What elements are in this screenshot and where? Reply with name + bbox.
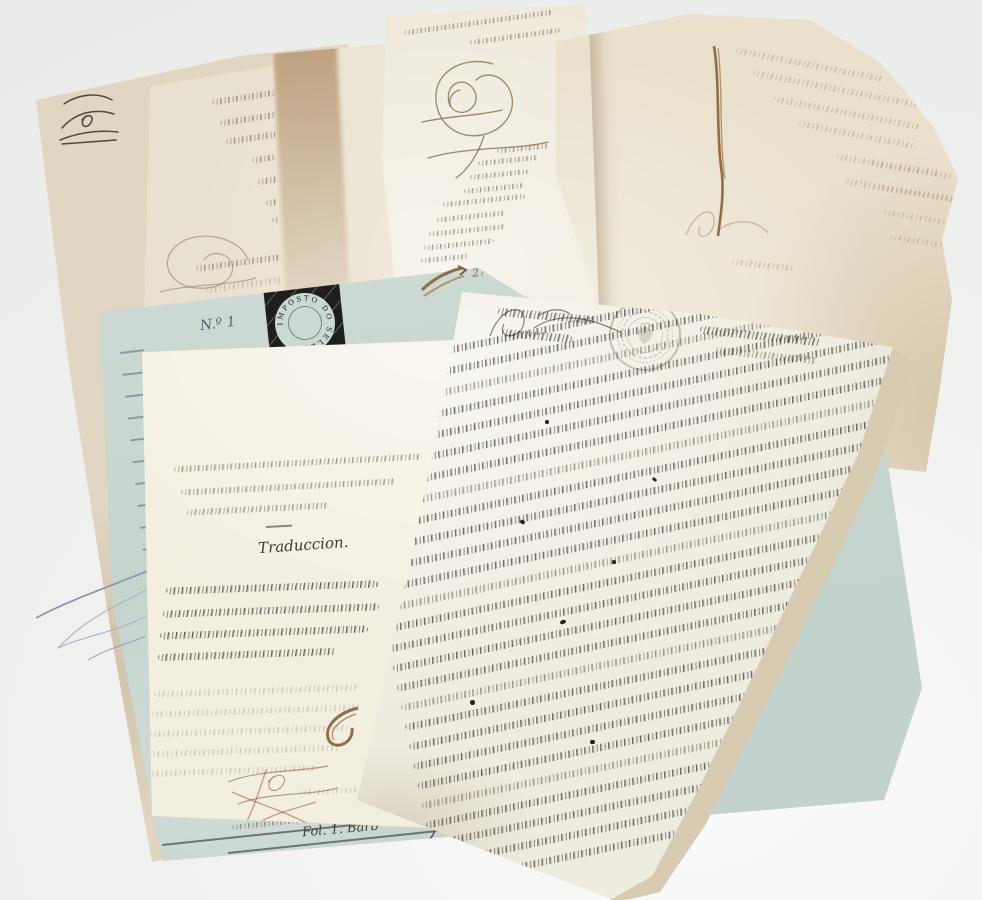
twine-end-icon xyxy=(414,256,470,304)
script-line xyxy=(166,580,378,594)
ink-blot xyxy=(470,700,475,705)
script-line xyxy=(163,603,379,618)
script-line xyxy=(884,210,964,227)
script-line xyxy=(470,28,560,45)
script-line xyxy=(443,194,525,208)
script-line xyxy=(429,224,505,237)
ink-blot xyxy=(612,560,616,564)
photo-stage: N.º 1 27 IMPOSTO DO SELLO Fol. 1. Barb xyxy=(0,0,982,900)
flourish-icon xyxy=(672,195,772,250)
ink-blot xyxy=(545,420,549,424)
twine-loop-icon xyxy=(314,700,366,752)
docket-flourish-icon xyxy=(52,84,126,158)
separator-dash xyxy=(266,525,292,528)
script-line xyxy=(890,234,962,250)
ink-blot xyxy=(590,740,595,744)
script-line xyxy=(187,502,329,515)
document-number-label: N.º 1 xyxy=(199,314,236,334)
script-line xyxy=(181,478,395,495)
translation-heading: Traduccion. xyxy=(257,533,348,557)
script-line xyxy=(158,648,336,661)
script-line xyxy=(424,238,494,250)
script-line xyxy=(160,625,368,639)
script-line xyxy=(437,210,505,222)
script-line xyxy=(154,684,358,697)
script-line xyxy=(732,259,794,271)
script-line xyxy=(174,454,422,473)
margin-dash xyxy=(120,349,144,354)
